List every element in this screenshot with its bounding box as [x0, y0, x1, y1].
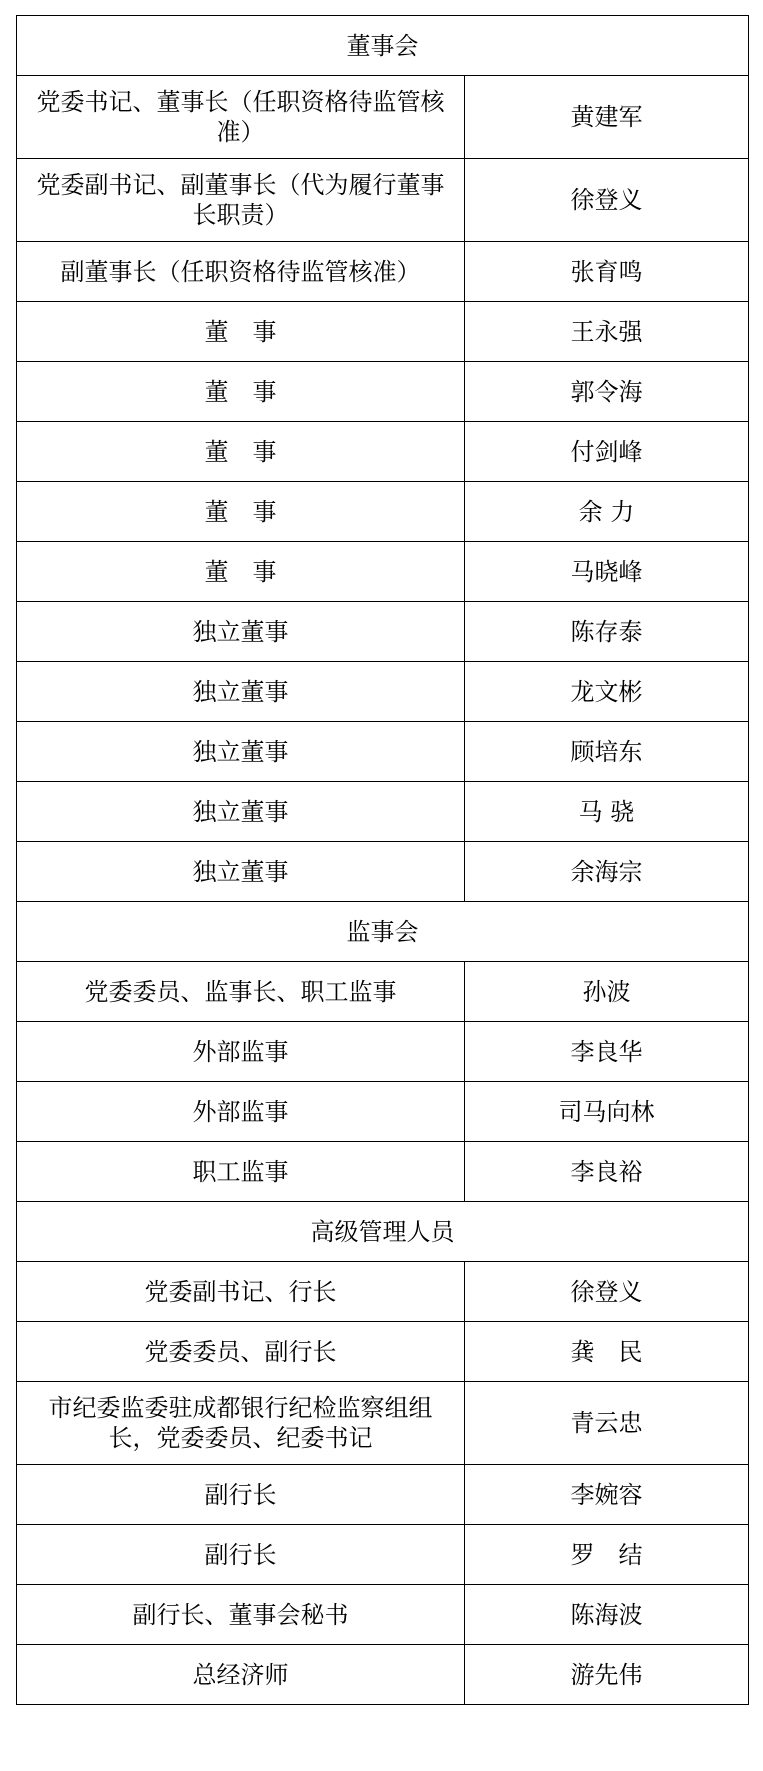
position-title: 董 事 [17, 422, 465, 482]
position-title: 独立董事 [17, 722, 465, 782]
table-row: 副董事长（任职资格待监管核准） 张育鸣 [17, 242, 749, 302]
table-row: 党委副书记、副董事长（代为履行董事长职责） 徐登义 [17, 159, 749, 242]
position-title: 董 事 [17, 542, 465, 602]
table-row: 外部监事 司马向林 [17, 1082, 749, 1142]
section-header-supervisory-board: 监事会 [17, 902, 749, 962]
table-row: 市纪委监委驻成都银行纪检监察组组长，党委委员、纪委书记 青云忠 [17, 1382, 749, 1465]
person-name: 付剑峰 [465, 422, 749, 482]
table-row: 职工监事 李良裕 [17, 1142, 749, 1202]
person-name: 张育鸣 [465, 242, 749, 302]
position-title: 董 事 [17, 482, 465, 542]
position-title: 独立董事 [17, 602, 465, 662]
position-title: 副行长 [17, 1525, 465, 1585]
person-name: 郭令海 [465, 362, 749, 422]
position-title: 独立董事 [17, 782, 465, 842]
person-name: 李良华 [465, 1022, 749, 1082]
table-row: 党委副书记、行长 徐登义 [17, 1262, 749, 1322]
person-name: 徐登义 [465, 159, 749, 242]
table-row: 独立董事 龙文彬 [17, 662, 749, 722]
position-title: 董 事 [17, 362, 465, 422]
table-row: 副行长、董事会秘书 陈海波 [17, 1585, 749, 1645]
person-name: 徐登义 [465, 1262, 749, 1322]
section-header-board: 董事会 [17, 16, 749, 76]
section-header-row: 高级管理人员 [17, 1202, 749, 1262]
section-header-row: 董事会 [17, 16, 749, 76]
table-row: 董 事 王永强 [17, 302, 749, 362]
position-title: 副行长、董事会秘书 [17, 1585, 465, 1645]
table-row: 总经济师 游先伟 [17, 1645, 749, 1705]
person-name: 马晓峰 [465, 542, 749, 602]
person-name: 余海宗 [465, 842, 749, 902]
position-title: 董 事 [17, 302, 465, 362]
position-title: 党委书记、董事长（任职资格待监管核准） [17, 76, 465, 159]
table-row: 党委书记、董事长（任职资格待监管核准） 黄建军 [17, 76, 749, 159]
table-row: 董 事 郭令海 [17, 362, 749, 422]
person-name: 王永强 [465, 302, 749, 362]
position-title: 职工监事 [17, 1142, 465, 1202]
position-title: 党委副书记、行长 [17, 1262, 465, 1322]
person-name: 游先伟 [465, 1645, 749, 1705]
position-title: 外部监事 [17, 1082, 465, 1142]
table-row: 外部监事 李良华 [17, 1022, 749, 1082]
person-name: 司马向林 [465, 1082, 749, 1142]
table-row: 董 事 马晓峰 [17, 542, 749, 602]
section-header-senior-management: 高级管理人员 [17, 1202, 749, 1262]
person-name: 龙文彬 [465, 662, 749, 722]
person-name: 马 骁 [465, 782, 749, 842]
table-row: 独立董事 马 骁 [17, 782, 749, 842]
section-header-row: 监事会 [17, 902, 749, 962]
leadership-roster-table: 董事会 党委书记、董事长（任职资格待监管核准） 黄建军 党委副书记、副董事长（代… [16, 15, 749, 1705]
position-title: 党委委员、监事长、职工监事 [17, 962, 465, 1022]
position-title: 副董事长（任职资格待监管核准） [17, 242, 465, 302]
person-name: 龚 民 [465, 1322, 749, 1382]
table-row: 副行长 罗 结 [17, 1525, 749, 1585]
person-name: 顾培东 [465, 722, 749, 782]
table-row: 独立董事 陈存泰 [17, 602, 749, 662]
person-name: 青云忠 [465, 1382, 749, 1465]
person-name: 陈海波 [465, 1585, 749, 1645]
table-row: 独立董事 余海宗 [17, 842, 749, 902]
position-title: 市纪委监委驻成都银行纪检监察组组长，党委委员、纪委书记 [17, 1382, 465, 1465]
roster-body: 董事会 党委书记、董事长（任职资格待监管核准） 黄建军 党委副书记、副董事长（代… [17, 16, 749, 1705]
person-name: 余 力 [465, 482, 749, 542]
table-row: 党委委员、监事长、职工监事 孙波 [17, 962, 749, 1022]
table-row: 独立董事 顾培东 [17, 722, 749, 782]
position-title: 独立董事 [17, 662, 465, 722]
person-name: 陈存泰 [465, 602, 749, 662]
person-name: 罗 结 [465, 1525, 749, 1585]
position-title: 总经济师 [17, 1645, 465, 1705]
position-title: 党委委员、副行长 [17, 1322, 465, 1382]
person-name: 孙波 [465, 962, 749, 1022]
table-row: 党委委员、副行长 龚 民 [17, 1322, 749, 1382]
position-title: 党委副书记、副董事长（代为履行董事长职责） [17, 159, 465, 242]
position-title: 外部监事 [17, 1022, 465, 1082]
position-title: 独立董事 [17, 842, 465, 902]
person-name: 李良裕 [465, 1142, 749, 1202]
table-row: 董 事 付剑峰 [17, 422, 749, 482]
person-name: 黄建军 [465, 76, 749, 159]
table-row: 董 事 余 力 [17, 482, 749, 542]
position-title: 副行长 [17, 1465, 465, 1525]
person-name: 李婉容 [465, 1465, 749, 1525]
table-row: 副行长 李婉容 [17, 1465, 749, 1525]
